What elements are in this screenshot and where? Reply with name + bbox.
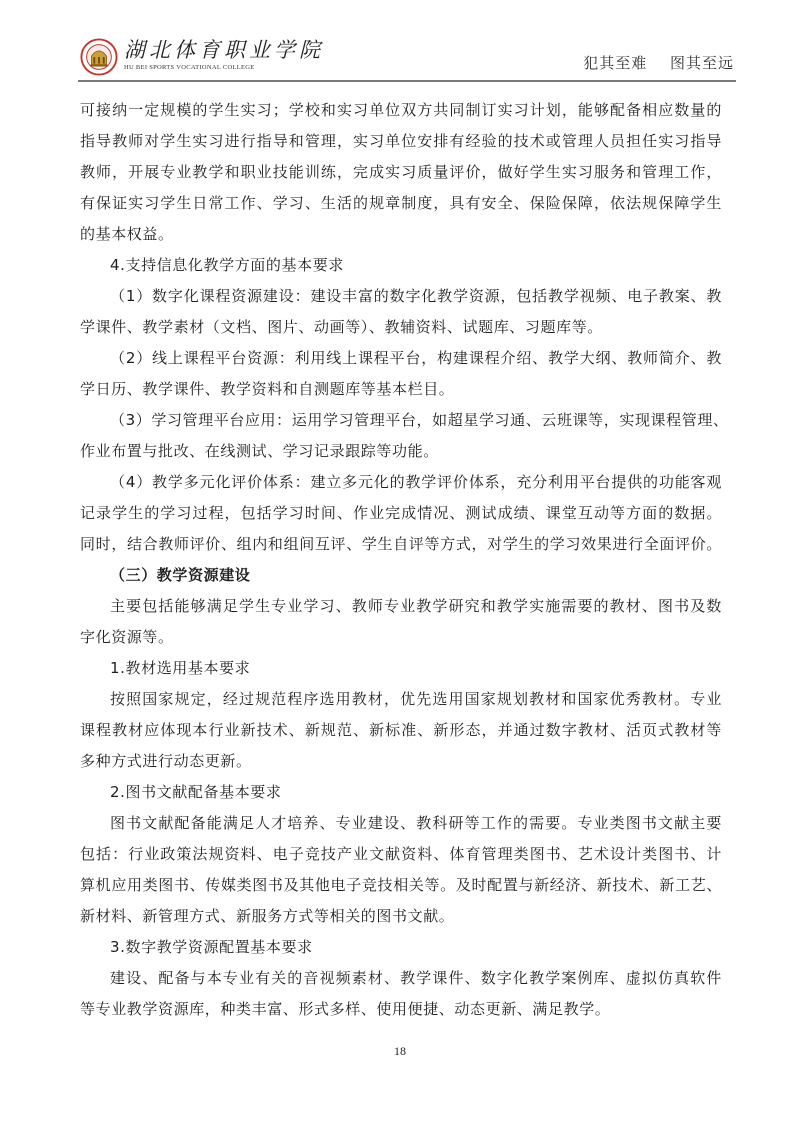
page-header: 湖北体育职业学院 HU BEI SPORTS VOCATIONAL COLLEG… xyxy=(80,36,734,76)
body-line: 建设、配备与本专业有关的音视频素材、教学课件、数字化教学案例库、虚拟仿真软件 xyxy=(80,963,722,994)
body-line: 多种方式进行动态更新。 xyxy=(80,746,722,777)
college-name-cn: 湖北体育职业学院 xyxy=(124,38,324,62)
body-line: 课程教材应体现本行业新技术、新规范、新标准、新形态，并通过数字教材、活页式教材等 xyxy=(80,715,722,746)
body-line: 的基本权益。 xyxy=(80,219,722,250)
college-name-en: HU BEI SPORTS VOCATIONAL COLLEGE xyxy=(124,64,255,71)
body-line: 算机应用类图书、传媒类图书及其他电子竞技相关等。及时配置与新经济、新技术、新工艺… xyxy=(80,870,722,901)
body-line: 作业布置与批改、在线测试、学习记录跟踪等功能。 xyxy=(80,436,722,467)
header-divider xyxy=(78,80,736,82)
body-line: （4）教学多元化评价体系：建立多元化的教学评价体系，充分利用平台提供的功能客观 xyxy=(80,467,722,498)
body-line: （2）线上课程平台资源：利用线上课程平台，构建课程介绍、教学大纲、教师简介、教 xyxy=(80,343,722,374)
body-line: 记录学生的学习过程，包括学习时间、作业完成情况、测试成绩、课堂互动等方面的数据。 xyxy=(80,498,722,529)
body-line: 指导教师对学生实习进行指导和管理，实习单位安排有经验的技术或管理人员担任实习指导 xyxy=(80,126,722,157)
body-line: 按照国家规定，经过规范程序选用教材，优先选用国家规划教材和国家优秀教材。专业 xyxy=(80,684,722,715)
body-line: 学课件、教学素材（文档、图片、动画等）、教辅资料、试题库、习题库等。 xyxy=(80,312,722,343)
body-line: 主要包括能够满足学生专业学习、教师专业教学研究和教学实施需要的教材、图书及数 xyxy=(80,591,722,622)
body-line: 新材料、新管理方式、新服务方式等相关的图书文献。 xyxy=(80,901,722,932)
subheading-textbook-selection: 1.教材选用基本要求 xyxy=(80,653,722,684)
college-emblem-icon xyxy=(80,38,118,76)
motto-part-2: 图其至远 xyxy=(670,54,734,72)
motto-part-1: 犯其至难 xyxy=(583,54,647,72)
body-line: 可接纳一定规模的学生实习；学校和实习单位双方共同制订实习计划，能够配备相应数量的 xyxy=(80,95,722,126)
body-line: 教师，开展专业教学和职业技能训练，完成实习质量评价，做好学生实习服务和管理工作， xyxy=(80,157,722,188)
body-line: 字化资源等。 xyxy=(80,622,722,653)
document-body: 可接纳一定规模的学生实习；学校和实习单位双方共同制订实习计划，能够配备相应数量的… xyxy=(80,95,722,1025)
body-line: 有保证实习学生日常工作、学习、生活的规章制度，具有安全、保险保障，依法规保障学生 xyxy=(80,188,722,219)
body-line: 包括：行业政策法规资料、电子竞技产业文献资料、体育管理类图书、艺术设计类图书、计 xyxy=(80,839,722,870)
body-line: 同时，结合教师评价、组内和组间互评、学生自评等方式，对学生的学习效果进行全面评价… xyxy=(80,529,722,560)
body-line: 等专业教学资源库，种类丰富、形式多样、使用便捷、动态更新、满足教学。 xyxy=(80,994,722,1025)
subheading-library-resources: 2.图书文献配备基本要求 xyxy=(80,777,722,808)
body-line: 学日历、教学课件、教学资料和自测题库等基本栏目。 xyxy=(80,374,722,405)
section-heading-teaching-resources: （三）教学资源建设 xyxy=(80,560,722,591)
subheading-digital-resources: 3.数字教学资源配置基本要求 xyxy=(80,932,722,963)
body-line: 图书文献配备能满足人才培养、专业建设、教科研等工作的需要。专业类图书文献主要 xyxy=(80,808,722,839)
body-line: （3）学习管理平台应用：运用学习管理平台，如超星学习通、云班课等，实现课程管理、 xyxy=(80,405,722,436)
body-line: （1）数字化课程资源建设：建设丰富的数字化教学资源，包括教学视频、电子教案、教 xyxy=(80,281,722,312)
subheading-informatization: 4.支持信息化教学方面的基本要求 xyxy=(80,250,722,281)
page-number: 18 xyxy=(0,1044,800,1059)
college-motto: 犯其至难 图其至远 xyxy=(565,52,734,73)
